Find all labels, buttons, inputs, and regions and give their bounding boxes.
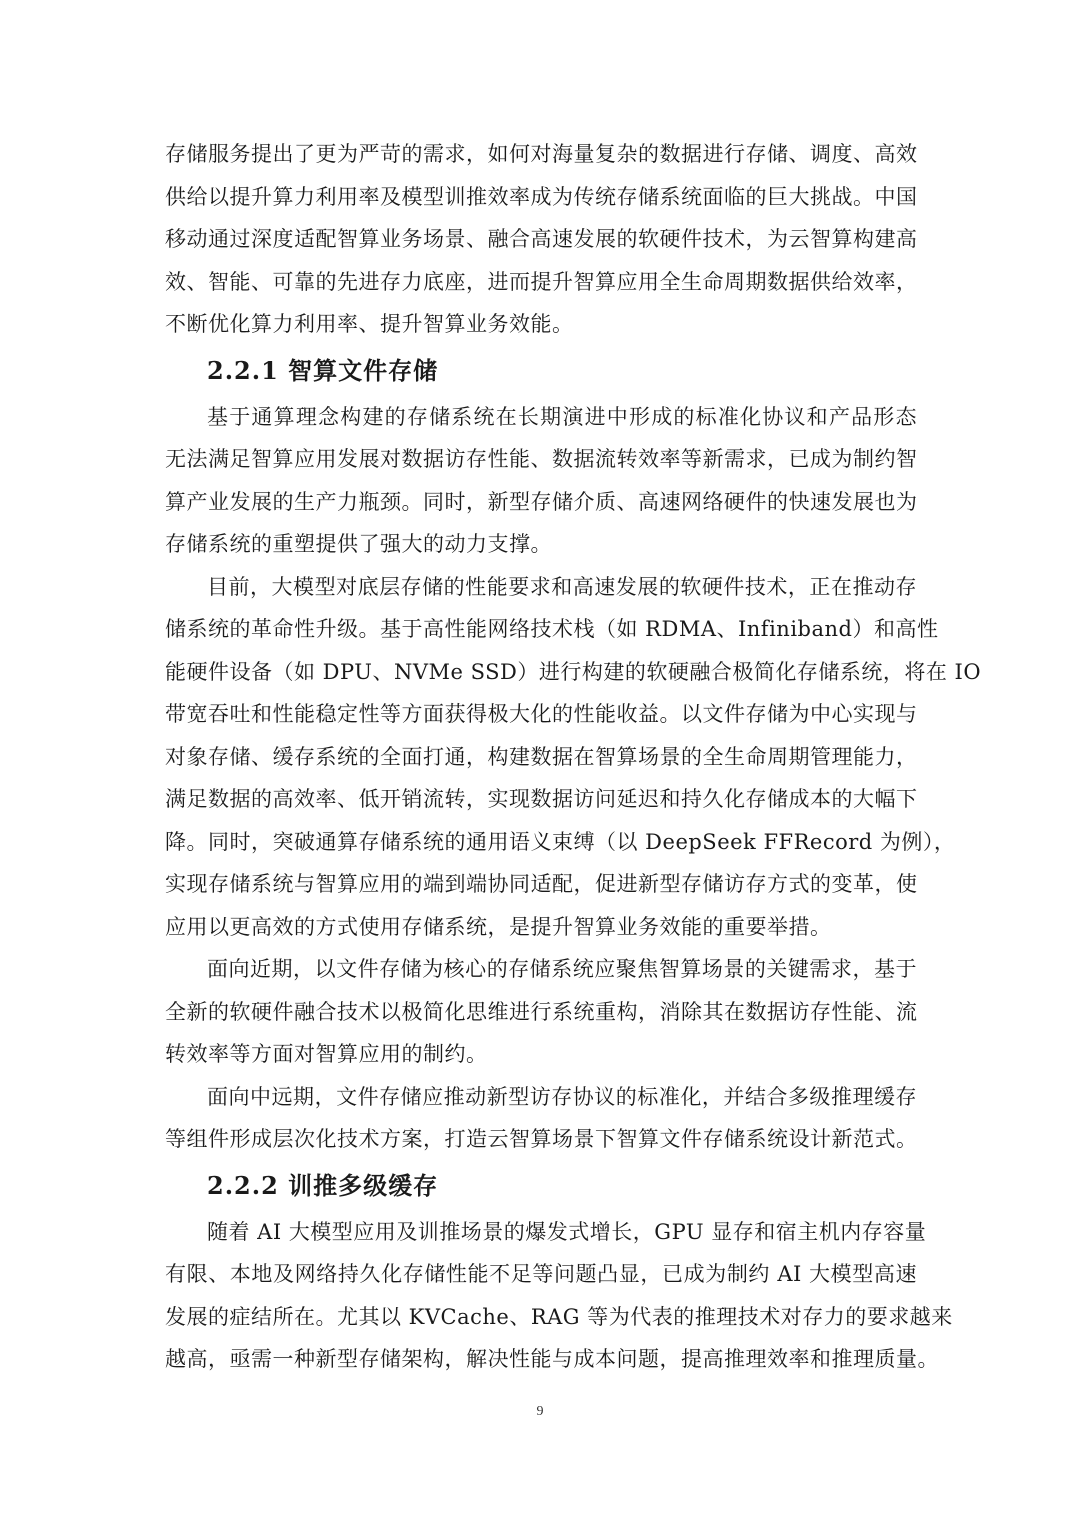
text-line: 供给以提升算力利用率及模型训推效率成为传统存储系统面临的巨大挑战。中国 (165, 176, 917, 219)
text-line: 全新的软硬件融合技术以极简化思维进行系统重构，消除其在数据访存性能、流 (165, 991, 917, 1034)
text-line: 发展的症结所在。尤其以 KVCache、RAG 等为代表的推理技术对存力的要求越… (165, 1296, 917, 1339)
text-line: 面向中远期，文件存储应推动新型访存协议的标准化，并结合多级推理缓存 (165, 1076, 917, 1119)
paragraph-revolution: 目前，大模型对底层存储的性能要求和高速发展的软硬件技术，正在推动存 储系统的革命… (165, 566, 917, 949)
text-line: 对象存储、缓存系统的全面打通，构建数据在智算场景的全生命周期管理能力， (165, 736, 917, 779)
paragraph-near-term: 面向近期，以文件存储为核心的存储系统应聚焦智算场景的关键需求，基于 全新的软硬件… (165, 948, 917, 1076)
text-line: 不断优化算力利用率、提升智算业务效能。 (165, 303, 917, 346)
text-line: 目前，大模型对底层存储的性能要求和高速发展的软硬件技术，正在推动存 (165, 566, 917, 609)
section-heading-2-2-1: 2.2.1 智算文件存储 (165, 348, 917, 394)
text-line: 存储系统的重塑提供了强大的动力支撑。 (165, 523, 917, 566)
text-line: 应用以更高效的方式使用存储系统，是提升智算业务效能的重要举措。 (165, 906, 917, 949)
text-line: 越高，亟需一种新型存储架构，解决性能与成本问题，提高推理效率和推理质量。 (165, 1338, 917, 1381)
page-number: 9 (0, 1404, 1080, 1420)
text-line: 移动通过深度适配智算业务场景、融合高速发展的软硬件技术，为云智算构建高 (165, 218, 917, 261)
paragraph-mid-long-term: 面向中远期，文件存储应推动新型访存协议的标准化，并结合多级推理缓存 等组件形成层… (165, 1076, 917, 1161)
text-line: 有限、本地及网络持久化存储性能不足等问题凸显，已成为制约 AI 大模型高速 (165, 1253, 917, 1296)
text-line: 能硬件设备（如 DPU、NVMe SSD）进行构建的软硬融合极简化存储系统，将在… (165, 651, 917, 694)
paragraph-standardization: 基于通算理念构建的存储系统在长期演进中形成的标准化协议和产品形态 无法满足智算应… (165, 396, 917, 566)
text-line: 满足数据的高效率、低开销流转，实现数据访问延迟和持久化存储成本的大幅下 (165, 778, 917, 821)
section-heading-2-2-2: 2.2.2 训推多级缓存 (165, 1163, 917, 1209)
text-line: 储系统的革命性升级。基于高性能网络技术栈（如 RDMA、Infiniband）和… (165, 608, 917, 651)
document-page: 存储服务提出了更为严苛的需求，如何对海量复杂的数据进行存储、调度、高效 供给以提… (165, 133, 917, 1381)
paragraph-intro-continued: 存储服务提出了更为严苛的需求，如何对海量复杂的数据进行存储、调度、高效 供给以提… (165, 133, 917, 346)
text-line: 效、智能、可靠的先进存力底座，进而提升智算应用全生命周期数据供给效率， (165, 261, 917, 304)
text-line: 面向近期，以文件存储为核心的存储系统应聚焦智算场景的关键需求，基于 (165, 948, 917, 991)
text-line: 算产业发展的生产力瓶颈。同时，新型存储介质、高速网络硬件的快速发展也为 (165, 481, 917, 524)
text-line: 实现存储系统与智算应用的端到端协同适配，促进新型存储访存方式的变革，使 (165, 863, 917, 906)
text-line: 存储服务提出了更为严苛的需求，如何对海量复杂的数据进行存储、调度、高效 (165, 133, 917, 176)
paragraph-multilevel-cache: 随着 AI 大模型应用及训推场景的爆发式增长，GPU 显存和宿主机内存容量 有限… (165, 1211, 917, 1381)
text-line: 基于通算理念构建的存储系统在长期演进中形成的标准化协议和产品形态 (165, 396, 917, 439)
text-line: 转效率等方面对智算应用的制约。 (165, 1033, 917, 1076)
text-line: 等组件形成层次化技术方案，打造云智算场景下智算文件存储系统设计新范式。 (165, 1118, 917, 1161)
text-line: 降。同时，突破通算存储系统的通用语义束缚（以 DeepSeek FFRecord… (165, 821, 917, 864)
text-line: 随着 AI 大模型应用及训推场景的爆发式增长，GPU 显存和宿主机内存容量 (165, 1211, 917, 1254)
text-line: 无法满足智算应用发展对数据访存性能、数据流转效率等新需求，已成为制约智 (165, 438, 917, 481)
text-line: 带宽吞吐和性能稳定性等方面获得极大化的性能收益。以文件存储为中心实现与 (165, 693, 917, 736)
